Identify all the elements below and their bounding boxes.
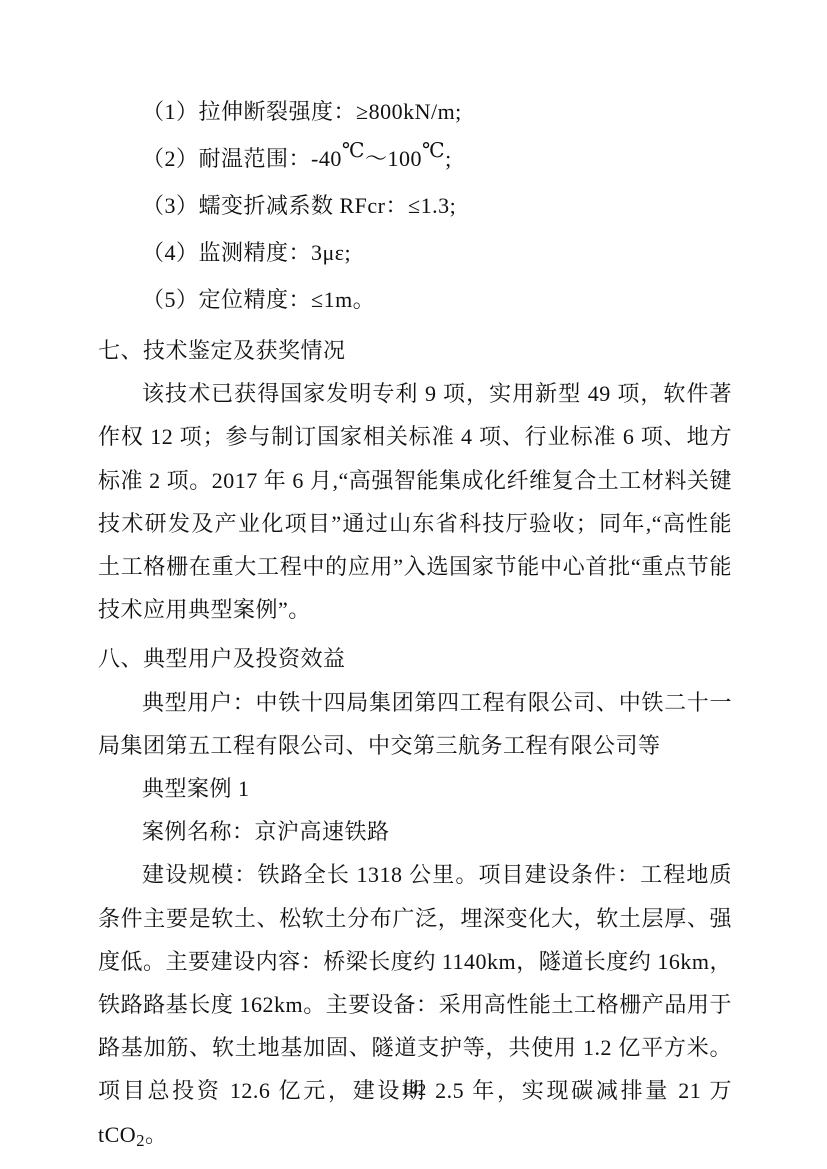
case-label: 典型案例 1 <box>98 767 732 810</box>
paragraph-awards: 该技术已获得国家发明专利 9 项，实用新型 49 项，软件著作权 12 项；参与… <box>98 372 732 631</box>
spec-item-5: （5）定位精度：≤1m。 <box>98 276 732 323</box>
spec-item-4: （4）监测精度：3με; <box>98 229 732 276</box>
spec-list: （1）拉伸断裂强度：≥800kN/m; （2）耐温范围：-40℃～100℃; （… <box>98 88 732 323</box>
document-page: （1）拉伸断裂强度：≥800kN/m; （2）耐温范围：-40℃～100℃; （… <box>0 0 827 1169</box>
spec-item-1: （1）拉伸断裂强度：≥800kN/m; <box>98 88 732 135</box>
paragraph-case-detail: 建设规模：铁路全长 1318 公里。项目建设条件：工程地质条件主要是软土、松软土… <box>98 853 732 1155</box>
paragraph-users: 典型用户：中铁十四局集团第四工程有限公司、中铁二十一局集团第五工程有限公司、中交… <box>98 681 732 767</box>
document-body: （1）拉伸断裂强度：≥800kN/m; （2）耐温范围：-40℃～100℃; （… <box>98 88 732 1156</box>
spec-item-3: （3）蠕变折减系数 RFcr：≤1.3; <box>98 182 732 229</box>
section-heading-8: 八、典型用户及投资效益 <box>98 637 732 680</box>
page-number: 142 <box>0 1080 827 1100</box>
spec-item-2: （2）耐温范围：-40℃～100℃; <box>98 135 732 182</box>
case-name: 案例名称：京沪高速铁路 <box>98 810 732 853</box>
section-heading-7: 七、技术鉴定及获奖情况 <box>98 329 732 372</box>
